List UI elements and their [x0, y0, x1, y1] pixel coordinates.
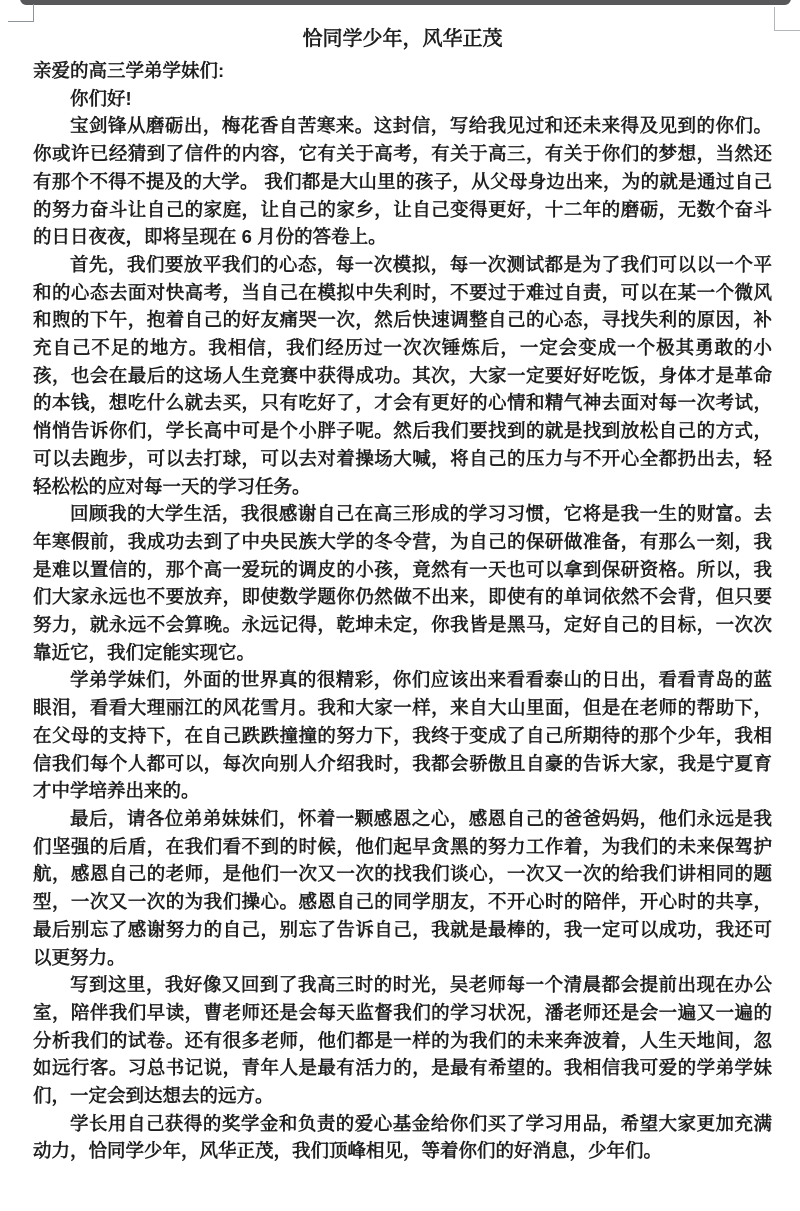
letter-paragraph: 学长用自己获得的奖学金和负责的爱心基金给你们买了学习用品，希望大家更加充满动力，… [33, 1110, 772, 1165]
text-boundary-mark-top-right [774, 7, 775, 31]
text-boundary-mark-top-left [8, 21, 34, 22]
top-scrollbar-thumb[interactable] [20, 0, 791, 5]
letter-paragraph: 首先，我们要放平我们的心态，每一次模拟，每一次测试都是为了我们可以以一个平和的心… [33, 251, 772, 500]
letter-paragraph: 最后，请各位弟弟妹妹们，怀着一颗感恩之心，感恩自己的爸爸妈妈，他们永远是我们坚强… [33, 805, 772, 971]
letter-paragraph: 回顾我的大学生活，我很感谢自己在高三形成的学习习惯，它将是我一生的财富。去年寒假… [33, 500, 772, 666]
letter-paragraph: 写到这里，我好像又回到了我高三时的时光，吴老师每一个清晨都会提前出现在办公室，陪… [33, 971, 772, 1110]
letter-title: 恰同学少年，风华正茂 [33, 27, 772, 51]
letter-salutation: 亲爱的高三学弟学妹们: [33, 57, 772, 85]
letter-body: 亲爱的高三学弟学妹们: 你们好! 宝剑锋从磨砺出，梅花香自苦寒来。这封信，写给我… [33, 57, 772, 1165]
letter-greeting: 你们好! [33, 85, 772, 113]
letter-paragraph: 学弟学妹们，外面的世界真的很精彩，你们应该出来看看泰山的日出，看看青岛的蓝眼泪，… [33, 666, 772, 805]
document-page: 恰同学少年，风华正茂 亲爱的高三学弟学妹们: 你们好! 宝剑锋从磨砺出，梅花香自… [0, 0, 800, 1211]
text-boundary-mark-top-right [774, 30, 800, 31]
letter-paragraph: 宝剑锋从磨砺出，梅花香自苦寒来。这封信，写给我见过和还未来得及见到的你们。 你或… [33, 112, 772, 251]
text-boundary-mark-top-left [33, 4, 34, 22]
letter-content: 恰同学少年，风华正茂 亲爱的高三学弟学妹们: 你们好! 宝剑锋从磨砺出，梅花香自… [33, 27, 772, 1165]
